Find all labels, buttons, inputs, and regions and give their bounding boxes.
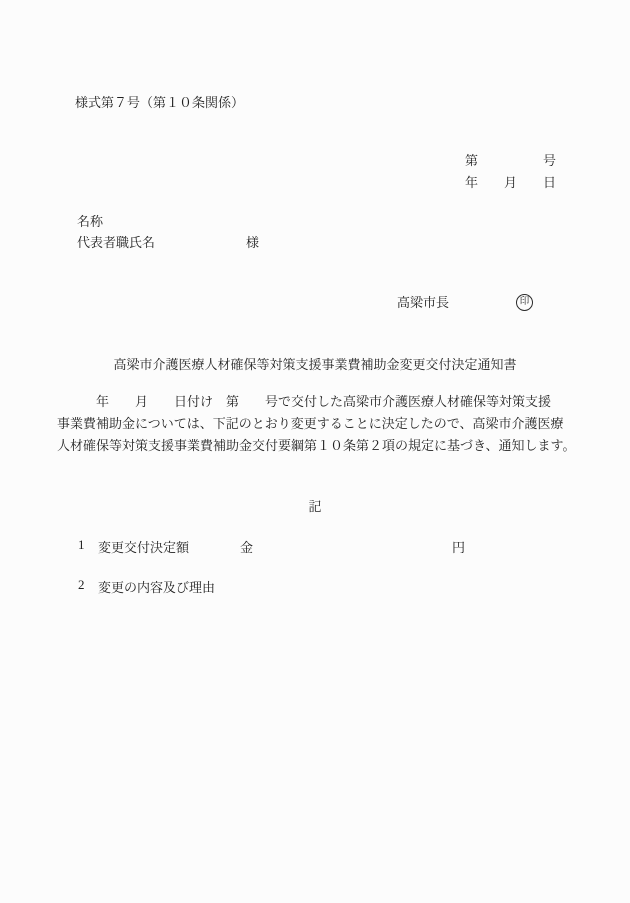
document-page: { "page": { "form_number": "様式第７号（第１０条関係… [0, 0, 630, 903]
seal-mark-character: 印 [520, 298, 530, 308]
body-paragraph: 年 月 日付け 第 号で交付した高梁市介護医療人材確保等対策支援 事業費補助金に… [57, 391, 567, 456]
item-row-1: 1 変更交付決定額 金 円 [0, 537, 630, 555]
item-1-amount-prefix: 金 [240, 537, 253, 556]
recipient-name-label: 名称 [77, 214, 103, 230]
document-number-line: 第 号 [465, 153, 556, 169]
date-line: 年 月 日 [465, 175, 556, 191]
issuer-title: 高梁市長 [397, 295, 449, 311]
item-1-label: 変更交付決定額 [98, 537, 189, 556]
item-2-number: 2 [78, 577, 85, 593]
body-line-2: 事業費補助金については、下記のとおり変更することに決定したので、高梁市介護医療 [57, 413, 567, 435]
item-row-2: 2 変更の内容及び理由 [0, 577, 630, 595]
recipient-representative-line: 代表者職氏名 様 [77, 235, 259, 251]
item-1-number: 1 [78, 537, 85, 553]
seal-mark-icon: 印 [516, 294, 533, 311]
body-line-3: 人材確保等対策支援事業費補助金交付要綱第１０条第２項の規定に基づき、通知します。 [57, 435, 567, 457]
item-1-amount-suffix: 円 [452, 537, 465, 556]
item-2-label: 変更の内容及び理由 [98, 577, 215, 596]
record-marker: 記 [0, 496, 630, 515]
document-title: 高梁市介護医療人材確保等対策支援事業費補助金変更交付決定通知書 [0, 354, 630, 373]
body-line-1: 年 月 日付け 第 号で交付した高梁市介護医療人材確保等対策支援 [57, 391, 567, 413]
form-number: 様式第７号（第１０条関係） [75, 95, 244, 111]
